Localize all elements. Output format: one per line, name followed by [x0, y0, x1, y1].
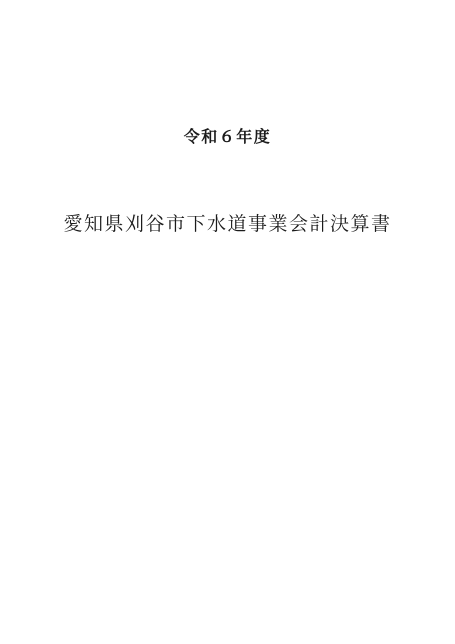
- document-title: 愛知県刈谷市下水道事業会計決算書: [0, 213, 455, 238]
- document-cover-page: 令和６年度 愛知県刈谷市下水道事業会計決算書: [0, 0, 455, 644]
- fiscal-year-label: 令和６年度: [0, 128, 455, 147]
